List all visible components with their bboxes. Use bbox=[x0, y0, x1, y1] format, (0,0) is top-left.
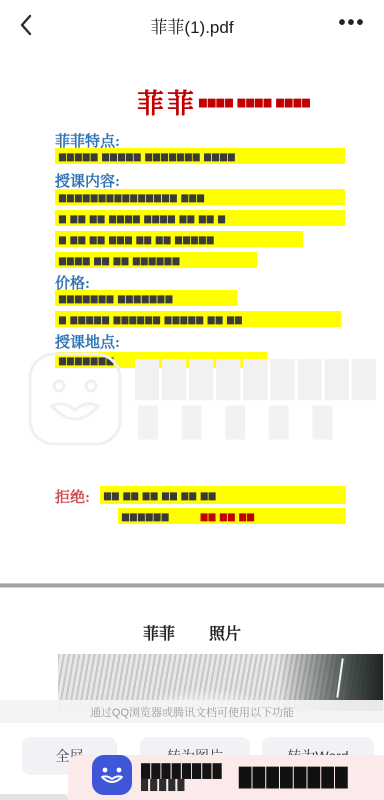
refuse-line2-right-redacted: ▆▆ ▆▆ ▆▆ bbox=[201, 511, 256, 521]
page2-title: 菲菲 bbox=[143, 626, 175, 643]
section-heading: 菲菲特点: bbox=[55, 130, 120, 148]
header: 菲菲(1).pdf ••• bbox=[0, 0, 384, 48]
highlight-line-redacted: ▆▆▆▆▆ ▆▆▆▆▆ ▆▆▆▆▆▆▆ ▆▆▆▆ bbox=[55, 148, 345, 164]
section-heading: 授课内容: bbox=[55, 170, 120, 188]
doc-title: 菲菲 bbox=[137, 82, 197, 121]
ellipsis-icon: ••• bbox=[338, 12, 365, 34]
banner-app-name-redacted: ████████ bbox=[141, 764, 223, 779]
banner-big-text-redacted: ████████ bbox=[239, 767, 349, 788]
banner-text-block: ████████ █████ bbox=[141, 764, 223, 791]
highlight-line-redacted: ▆▆▆▆▆▆▆▆▆▆▆▆▆▆▆ ▆▆▆ bbox=[55, 189, 345, 205]
highlight-line-redacted: ▆▆ ▆▆ ▆▆ ▆▆ ▆▆ ▆▆ bbox=[100, 486, 346, 504]
bottom-left-strip bbox=[0, 794, 68, 800]
page2-subtitle: 照片 bbox=[209, 626, 241, 643]
highlight-line-redacted: ▆▆▆▆ ▆▆ ▆▆ ▆▆▆▆▆▆ bbox=[55, 252, 257, 268]
highlight-line-redacted: ▆▆▆▆▆▆▆ bbox=[55, 352, 267, 368]
feature-toast: 通过QQ浏览器或腾讯文档可使用以下功能 bbox=[0, 700, 384, 723]
highlight-line-redacted: ▆ ▆▆▆▆▆ ▆▆▆▆▆▆ ▆▆▆▆▆ ▆▆ ▆▆ bbox=[55, 311, 341, 327]
page2-heading: 菲菲照片 bbox=[0, 621, 384, 644]
section-heading: 授课地点: bbox=[55, 331, 120, 349]
smiley-app-logo-icon bbox=[92, 755, 132, 800]
highlight-line-redacted: ▆▆▆▆▆▆ ▆▆ ▆▆ ▆▆ bbox=[118, 508, 346, 524]
doc-stats-redacted: ▆▆▆▆ ▆▆▆▆ ▆▆▆▆ bbox=[199, 97, 311, 108]
promo-banner[interactable]: ████████ █████ ████████ bbox=[68, 755, 384, 800]
document-viewer-screen: 菲菲(1).pdf ••• 菲菲 ▆▆▆▆ ▆▆▆▆ ▆▆▆▆ 菲菲特点: ▆▆… bbox=[0, 0, 384, 800]
toast-text: 通过QQ浏览器或腾讯文档可使用以下功能 bbox=[90, 704, 294, 720]
highlight-line-redacted: ▆ ▆▆ ▆▆ ▆▆▆ ▆▆ ▆▆ ▆▆▆▆▆ bbox=[55, 231, 303, 247]
highlight-line-redacted: ▆ ▆▆ ▆▆ ▆▆▆▆ ▆▆▆▆ ▆▆ ▆▆ ▆ bbox=[55, 210, 345, 226]
watermark-text-redacted: █ █ █ █ █ bbox=[138, 406, 340, 438]
photo-cable-detail bbox=[336, 658, 344, 698]
file-title: 菲菲(1).pdf bbox=[0, 13, 384, 38]
banner-tagline-redacted: █████ bbox=[141, 780, 223, 792]
more-menu-button[interactable]: ••• bbox=[332, 6, 372, 40]
highlight-line-redacted: ▆▆▆▆▆▆▆ ▆▆▆▆▆▆▆ bbox=[55, 290, 237, 306]
refuse-heading: 拒绝: bbox=[55, 486, 90, 507]
pdf-page-1[interactable]: 菲菲 ▆▆▆▆ ▆▆▆▆ ▆▆▆▆ 菲菲特点: ▆▆▆▆▆ ▆▆▆▆▆ ▆▆▆▆… bbox=[0, 48, 384, 583]
refuse-line2-left-redacted: ▆▆▆▆▆▆ bbox=[122, 511, 170, 521]
section-heading: 价格: bbox=[55, 272, 90, 290]
watermark: █████████ █ █ █ █ █ bbox=[0, 348, 384, 498]
